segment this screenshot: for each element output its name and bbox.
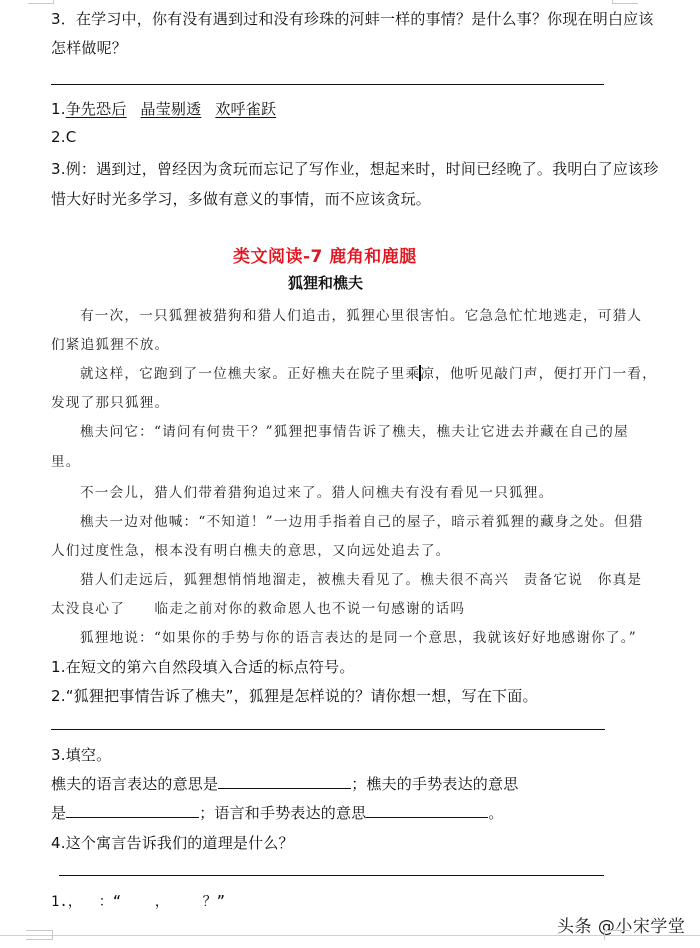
answer-key-1: 1.， ：“ ， ？” xyxy=(51,891,225,911)
story-p5-line-2: 人们过度性急，根本没有明白樵夫的意思，又向远处追去了。 xyxy=(51,539,450,559)
page-corner-mark-bottom-right xyxy=(604,930,630,940)
question-3-line-1: 3．在学习中，你有没有遇到过和没有珍珠的河蚌一样的事情？是什么事？你现在明白应该 xyxy=(51,8,654,29)
question-4: 4.这个寓言告诉我们的道理是什么？ xyxy=(51,832,294,853)
fill-blank-3[interactable] xyxy=(366,804,488,818)
page-corner-mark-bottom-left xyxy=(26,930,53,940)
story-p1-line-2: 们紧追狐狸不放。 xyxy=(51,333,169,353)
story-p3-line-1: 樵夫问它：“请问有何贵干？”狐狸把事情告诉了樵夫，樵夫让它进去并藏在自己的屋 xyxy=(80,420,629,440)
fill-text: 。 xyxy=(488,804,503,822)
answer-3-line-2: 惜大好时光多学习，多做有意义的事情，而不应该贪玩。 xyxy=(51,188,431,209)
fill-blank-2[interactable] xyxy=(66,804,199,818)
answer-rule-line xyxy=(51,84,604,85)
question-3-line-2: 怎样做呢？ xyxy=(51,37,127,58)
question-3-title: 3.填空。 xyxy=(51,744,111,765)
story-p6-line-1: 猎人们走远后，狐狸想悄悄地溜走，被樵夫看见了。樵夫很不高兴 责备它说 你真是 xyxy=(80,568,642,588)
story-title: 狐狸和樵夫 xyxy=(288,272,363,293)
fill-text: 樵夫的语言表达的意思是 xyxy=(51,775,218,793)
document-page: 3．在学习中，你有没有遇到过和没有珍珠的河蚌一样的事情？是什么事？你现在明白应该… xyxy=(0,0,700,948)
question-3-fill-line-1: 樵夫的语言表达的意思是；樵夫的手势表达的意思 xyxy=(51,773,518,794)
story-p2-text-b: 凉，他听见敲门声，便打开门一看， xyxy=(420,366,657,382)
story-p4-line-1: 不一会儿，猎人们带着猎狗追过来了。猎人问樵夫有没有看见一只狐狸。 xyxy=(80,481,553,501)
story-p6-line-2: 太没良心了 临走之前对你的救命恩人也不说一句感谢的话吗 xyxy=(51,597,465,617)
answer-word: 欢呼雀跃 xyxy=(215,100,276,118)
answer-word: 争先恐后 xyxy=(66,100,127,118)
section-title: 类文阅读-7 鹿角和鹿腿 xyxy=(233,242,417,267)
question-2-answer-line xyxy=(51,729,605,730)
story-p2-text-a: 就这样，它跑到了一位樵夫家。正好樵夫在院子里乘 xyxy=(80,366,420,382)
story-p2-line-1: 就这样，它跑到了一位樵夫家。正好樵夫在院子里乘凉，他听见敲门声，便打开门一看， xyxy=(80,362,657,382)
answer-word: 晶莹剔透 xyxy=(141,100,202,118)
question-1: 1.在短文的第六自然段填入合适的标点符号。 xyxy=(51,656,355,677)
page-corner-mark-top-left xyxy=(28,0,54,4)
page-bottom-border xyxy=(0,935,700,936)
story-p5-line-1: 樵夫一边对他喊：“不知道！”一边用手指着自己的屋子，暗示着狐狸的藏身之处。但猎 xyxy=(80,510,644,530)
fill-text: 是 xyxy=(51,804,66,822)
answer-2: 2.C xyxy=(51,128,76,146)
story-p1-line-1: 有一次，一只狐狸被猎狗和猎人们追击，狐狸心里很害怕。它急急忙忙地逃走，可猎人 xyxy=(80,304,642,324)
page-corner-mark-top-right xyxy=(612,0,638,4)
answer-1-prefix: 1. xyxy=(51,100,66,118)
story-p7-line-1: 狐狸地说：“如果你的手势与你的语言表达的是同一个意思，我就该好好地感谢你了。” xyxy=(80,626,637,646)
story-p3-line-2: 里。 xyxy=(51,450,81,470)
fill-text: ；樵夫的手势表达的意思 xyxy=(351,775,518,793)
story-p2-line-2: 发现了那只狐狸。 xyxy=(51,391,169,411)
answer-3-line-1: 3.例：遇到过，曾经因为贪玩而忘记了写作业，想起来时，时间已经晚了。我明白了应该… xyxy=(51,158,659,179)
fill-blank-1[interactable] xyxy=(218,775,351,789)
answer-1: 1.争先恐后晶莹剔透欢呼雀跃 xyxy=(51,98,276,119)
question-3-fill-line-2: 是；语言和手势表达的意思。 xyxy=(51,802,504,823)
fill-text: ；语言和手势表达的意思 xyxy=(199,804,366,822)
question-2: 2.“狐狸把事情告诉了樵夫”，狐狸是怎样说的？请你想一想，写在下面。 xyxy=(51,685,538,706)
question-4-answer-line xyxy=(59,875,604,876)
